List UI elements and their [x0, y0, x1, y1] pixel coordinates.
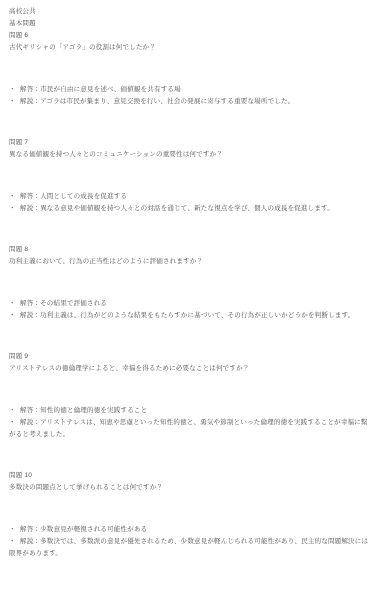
answer-line: ・解答：その結果で評価される — [9, 298, 369, 310]
document-page: 高校公共 基本問題 問題 6 古代ギリシャの「アゴラ」の役割は何でしたか？ ・解… — [0, 0, 373, 600]
answer-list: ・解答：その結果で評価される ・解説：功利主義は、行為がどのような結果をもたらす… — [9, 298, 369, 322]
question-label: 問題 6 — [9, 30, 369, 42]
answer-list: ・解答：少数意見が軽視される可能性がある ・解説：多数決では、多数派の意見が優先… — [9, 524, 369, 560]
doc-title: 高校公共 — [9, 6, 369, 18]
explanation-line: ・解説：功利主義は、行為がどのような結果をもたらすかに基づいて、その行為が正しい… — [9, 310, 369, 322]
bullet-icon: ・ — [9, 84, 20, 96]
bullet-icon: ・ — [9, 298, 20, 310]
answer-text: 解答：知性的徳と倫理的徳を実践すること — [20, 407, 147, 414]
bullet-icon: ・ — [9, 310, 20, 322]
bullet-icon: ・ — [9, 203, 20, 215]
bullet-icon: ・ — [9, 191, 20, 203]
question-block-6: 問題 6 古代ギリシャの「アゴラ」の役割は何でしたか？ ・解答：市民が自由に意見… — [9, 30, 369, 108]
bullet-icon: ・ — [9, 405, 20, 417]
question-text: アリストテレスの徳倫理学によると、幸福を得るために必要なことは何ですか？ — [9, 363, 369, 375]
explanation-text: 解説：アゴラは市民が集まり、意見交換を行い、社会の発展に寄与する重要な場所でした… — [20, 98, 294, 105]
answer-text: 解答：少数意見が軽視される可能性がある — [20, 526, 147, 533]
bullet-icon: ・ — [9, 417, 20, 429]
explanation-text: 解説：功利主義は、行為がどのような結果をもたらすかに基づいて、その行為が正しいか… — [20, 312, 354, 319]
answer-line: ・解答：市民が自由に意見を述べ、価値観を共有する場 — [9, 84, 369, 96]
explanation-text: 解説：多数決では、多数派の意見が優先されるため、少数意見が軽んじられる可能性があ… — [9, 538, 368, 557]
question-text: 異なる価値観を持つ人々とのコミュニケーションの重要性は何ですか？ — [9, 149, 369, 161]
bullet-icon: ・ — [9, 536, 20, 548]
question-block-7: 問題 7 異なる価値観を持つ人々とのコミュニケーションの重要性は何ですか？ ・解… — [9, 137, 369, 215]
answer-line: ・解答：少数意見が軽視される可能性がある — [9, 524, 369, 536]
explanation-text: 解説：異なる意見や価値観を持つ人々との対話を通じて、新たな視点を学び、個人の成長… — [20, 205, 334, 212]
answer-text: 解答：市民が自由に意見を述べ、価値観を共有する場 — [20, 86, 181, 93]
question-label: 問題 10 — [9, 470, 369, 482]
question-text: 多数決の問題点として挙げられることは何ですか？ — [9, 482, 369, 494]
question-label: 問題 7 — [9, 137, 369, 149]
question-text: 古代ギリシャの「アゴラ」の役割は何でしたか？ — [9, 42, 369, 54]
question-block-9: 問題 9 アリストテレスの徳倫理学によると、幸福を得るために必要なことは何ですか… — [9, 351, 369, 441]
explanation-text: 解説：アリストテレスは、知恵や思慮といった知性的徳と、勇気や節制といった倫理的徳… — [9, 419, 368, 438]
explanation-line: ・解説：多数決では、多数派の意見が優先されるため、少数意見が軽んじられる可能性が… — [9, 536, 369, 560]
question-text: 功利主義において、行為の正当性はどのように評価されますか？ — [9, 256, 369, 268]
answer-text: 解答：人間としての成長を促進する — [20, 193, 127, 200]
answer-list: ・解答：人間としての成長を促進する ・解説：異なる意見や価値観を持つ人々との対話… — [9, 191, 369, 215]
bullet-icon: ・ — [9, 524, 20, 536]
doc-subtitle: 基本問題 — [9, 18, 369, 30]
bullet-icon: ・ — [9, 96, 20, 108]
answer-list: ・解答：知性的徳と倫理的徳を実践すること ・解説：アリストテレスは、知恵や思慮と… — [9, 405, 369, 441]
answer-list: ・解答：市民が自由に意見を述べ、価値観を共有する場 ・解説：アゴラは市民が集まり… — [9, 84, 369, 108]
question-label: 問題 8 — [9, 244, 369, 256]
answer-line: ・解答：人間としての成長を促進する — [9, 191, 369, 203]
question-block-10: 問題 10 多数決の問題点として挙げられることは何ですか？ ・解答：少数意見が軽… — [9, 470, 369, 560]
answer-text: 解答：その結果で評価される — [20, 300, 107, 307]
explanation-line: ・解説：異なる意見や価値観を持つ人々との対話を通じて、新たな視点を学び、個人の成… — [9, 203, 369, 215]
explanation-line: ・解説：アリストテレスは、知恵や思慮といった知性的徳と、勇気や節制といった倫理的… — [9, 417, 369, 441]
question-block-8: 問題 8 功利主義において、行為の正当性はどのように評価されますか？ ・解答：そ… — [9, 244, 369, 322]
answer-line: ・解答：知性的徳と倫理的徳を実践すること — [9, 405, 369, 417]
question-label: 問題 9 — [9, 351, 369, 363]
explanation-line: ・解説：アゴラは市民が集まり、意見交換を行い、社会の発展に寄与する重要な場所でし… — [9, 96, 369, 108]
